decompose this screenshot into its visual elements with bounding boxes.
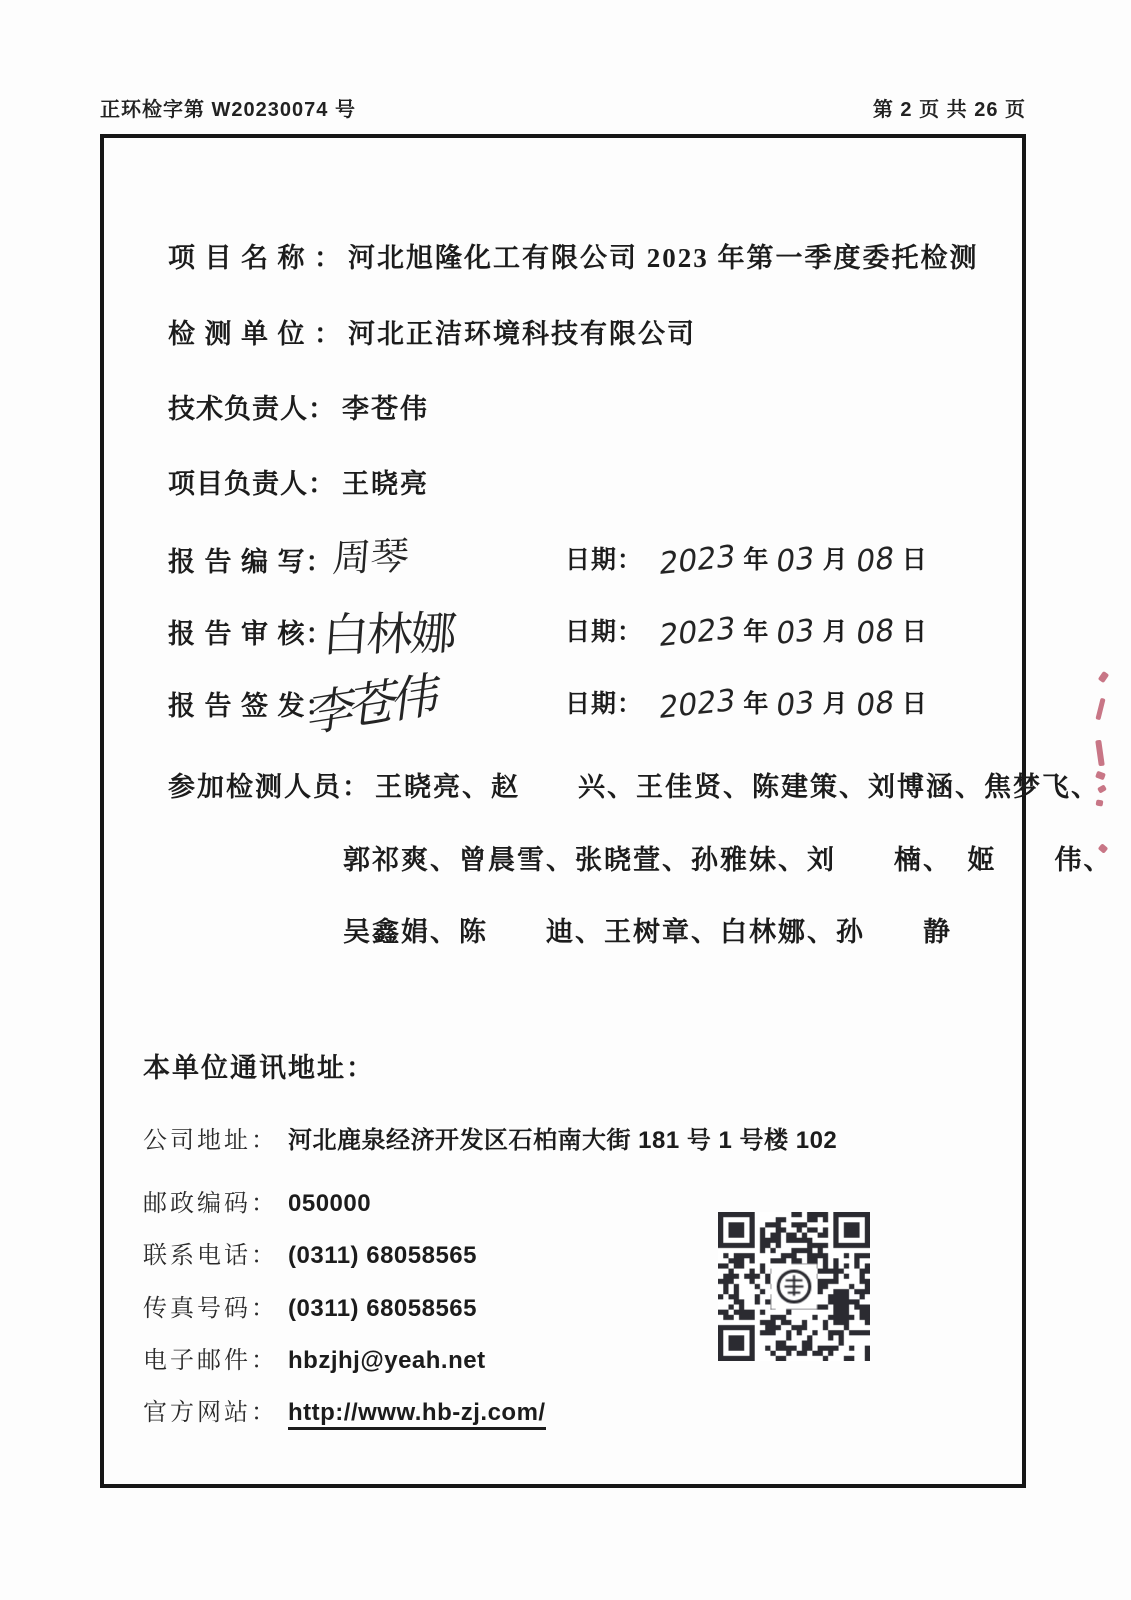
month-unit: 月 (823, 690, 848, 718)
date-label: 日期： (565, 546, 643, 574)
year-unit: 年 (743, 690, 768, 718)
participants-row-2: 郭祁爽、曾晨雪、张晓萱、孙雅妹、刘 楠、 姬 伟、 (343, 838, 1113, 877)
report-writer-label: 报 告 编 写： (168, 547, 334, 577)
report-issuer-row: 报 告 签 发： 李苍伟 日期：2023年03月08日 (168, 684, 334, 744)
phone-label: 联系电话： (143, 1242, 278, 1269)
company-address-row: 公司地址：河北鹿泉经济开发区石柏南大街 181 号 1 号楼 102 (143, 1120, 837, 1155)
handwritten-month: 03 (775, 685, 817, 725)
handwritten-month: 03 (775, 541, 817, 581)
month-unit: 月 (823, 546, 848, 574)
tech-lead-label: 技术负责人： (168, 394, 336, 424)
report-writer-date: 日期：2023年03月08日 (565, 540, 929, 576)
project-name-label: 项 目 名 称 ： (168, 243, 342, 273)
year-unit: 年 (743, 618, 768, 646)
test-unit-row: 检 测 单 位 ：河北正洁环境科技有限公司 (168, 312, 696, 351)
participants-row-3: 吴鑫娟、陈 迪、王树章、白林娜、孙 静 (343, 910, 952, 949)
postal-code-row: 邮政编码：050000 (143, 1183, 371, 1218)
phone-row: 联系电话：(0311) 68058565 (143, 1235, 477, 1270)
postal-code-value: 050000 (288, 1190, 371, 1217)
project-lead-value: 王晓亮 (342, 469, 429, 499)
contact-heading: 本单位通讯地址： (143, 1046, 375, 1085)
handwritten-year: 2023 (657, 539, 737, 583)
report-writer-signature: 周琴 (331, 525, 411, 583)
report-writer-row: 报 告 编 写： 周琴 日期：2023年03月08日 (168, 540, 334, 600)
day-unit: 日 (902, 618, 927, 646)
date-label: 日期： (565, 618, 643, 646)
handwritten-day: 08 (854, 613, 896, 653)
project-name-row: 项 目 名 称 ：河北旭隆化工有限公司 2023 年第一季度委托检测 (168, 236, 979, 275)
red-mark (1096, 799, 1104, 806)
handwritten-day: 08 (854, 541, 896, 581)
test-unit-label: 检 测 单 位 ： (168, 319, 342, 349)
red-mark (1095, 740, 1105, 767)
website-url: http://www.hb-zj.com/ (288, 1399, 546, 1430)
handwritten-year: 2023 (657, 611, 737, 655)
day-unit: 日 (902, 690, 927, 718)
company-address-value: 河北鹿泉经济开发区石柏南大街 181 号 1 号楼 102 (288, 1127, 837, 1154)
email-row: 电子邮件：hbzjhj@yeah.net (143, 1340, 486, 1375)
page-number-info: 第 2 页 共 26 页 (873, 93, 1026, 122)
project-lead-row: 项目负责人：王晓亮 (168, 462, 429, 501)
email-label: 电子邮件： (143, 1347, 278, 1374)
handwritten-month: 03 (775, 613, 817, 653)
report-page: 正环检字第 W20230074 号 第 2 页 共 26 页 项 目 名 称 ：… (0, 0, 1131, 1600)
website-row: 官方网站：http://www.hb-zj.com/ (143, 1392, 546, 1427)
red-mark (1095, 698, 1105, 721)
month-unit: 月 (823, 618, 848, 646)
participants-label: 参加检测人员： (168, 772, 371, 802)
red-mark (1098, 671, 1109, 683)
year-unit: 年 (743, 546, 768, 574)
email-value: hbzjhj@yeah.net (288, 1347, 486, 1374)
date-label: 日期： (565, 690, 643, 718)
fax-label: 传真号码： (143, 1295, 278, 1322)
handwritten-day: 08 (854, 685, 896, 725)
website-label: 官方网站： (143, 1399, 278, 1426)
tech-lead-row: 技术负责人：李苍伟 (168, 387, 429, 426)
doc-number: 正环检字第 W20230074 号 (100, 93, 356, 122)
participants-names-line1: 王晓亮、赵 兴、王佳贤、陈建策、刘博涵、焦梦飞、 (375, 772, 1100, 802)
report-reviewer-label: 报 告 审 核： (168, 619, 334, 649)
project-name-value: 河北旭隆化工有限公司 2023 年第一季度委托检测 (348, 243, 979, 273)
report-reviewer-date: 日期：2023年03月08日 (565, 612, 929, 648)
participants-row-1: 参加检测人员：王晓亮、赵 兴、王佳贤、陈建策、刘博涵、焦梦飞、 (168, 765, 1100, 804)
test-unit-value: 河北正洁环境科技有限公司 (348, 319, 696, 349)
day-unit: 日 (902, 546, 927, 574)
qr-code (718, 1212, 870, 1361)
project-lead-label: 项目负责人： (168, 469, 336, 499)
tech-lead-value: 李苍伟 (342, 394, 429, 424)
company-address-label: 公司地址： (143, 1127, 278, 1154)
report-reviewer-row: 报 告 审 核： 白林娜 日期：2023年03月08日 (168, 612, 334, 672)
report-issuer-date: 日期：2023年03月08日 (565, 684, 929, 720)
postal-code-label: 邮政编码： (143, 1190, 278, 1217)
phone-value: (0311) 68058565 (288, 1242, 477, 1269)
fax-value: (0311) 68058565 (288, 1295, 477, 1322)
fax-row: 传真号码：(0311) 68058565 (143, 1288, 477, 1323)
handwritten-year: 2023 (657, 683, 737, 727)
